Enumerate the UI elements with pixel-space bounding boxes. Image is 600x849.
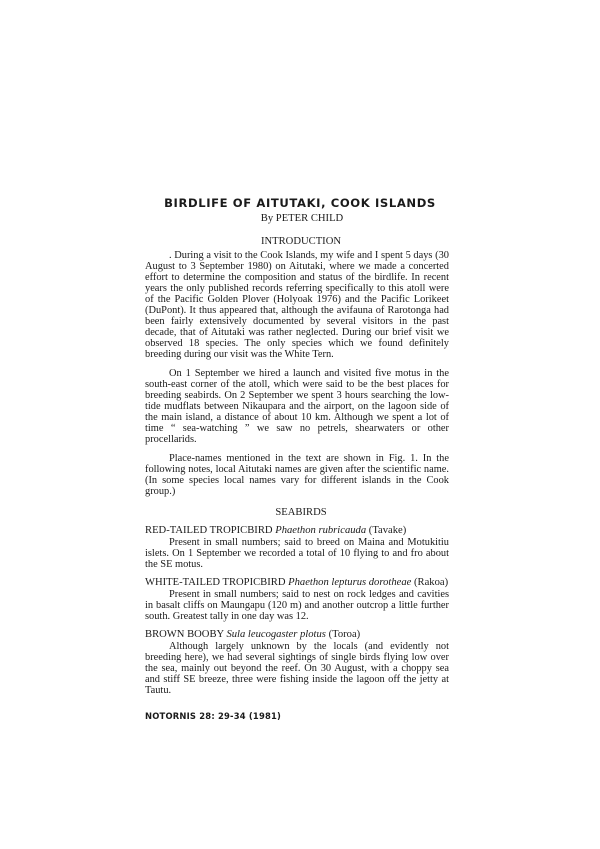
article-byline: By PETER CHILD — [155, 213, 449, 225]
species-text: Present in small numbers; said to breed … — [145, 537, 449, 570]
species-entry: RED-TAILED TROPICBIRD Phaethon rubricaud… — [145, 525, 449, 570]
article-title: BIRDLIFE OF AITUTAKI, COOK ISLANDS — [151, 196, 449, 210]
species-local-name: (Rakoa) — [414, 577, 448, 588]
species-entry: BROWN BOOBY Sula leucogaster plotus (Tor… — [145, 629, 449, 696]
species-common-name: RED-TAILED TROPICBIRD — [145, 525, 273, 536]
species-scientific-name: Phaethon rubricauda — [275, 525, 366, 536]
species-entry: WHITE-TAILED TROPICBIRD Phaethon lepturu… — [145, 577, 449, 622]
species-local-name: (Toroa) — [329, 629, 361, 640]
species-text: Present in small numbers; said to nest o… — [145, 589, 449, 622]
intro-paragraph-2: On 1 September we hired a launch and vis… — [145, 368, 449, 445]
species-local-name: (Tavake) — [369, 525, 407, 536]
species-scientific-name: Sula leucogaster plotus — [226, 629, 325, 640]
intro-paragraph-1: . During a visit to the Cook Islands, my… — [145, 250, 449, 360]
species-heading: WHITE-TAILED TROPICBIRD Phaethon lepturu… — [145, 577, 449, 589]
species-common-name: WHITE-TAILED TROPICBIRD — [145, 577, 285, 588]
species-heading: BROWN BOOBY Sula leucogaster plotus (Tor… — [145, 629, 449, 641]
intro-paragraph-3: Place-names mentioned in the text are sh… — [145, 453, 449, 497]
article-page: BIRDLIFE OF AITUTAKI, COOK ISLANDS By PE… — [145, 196, 449, 722]
introduction-heading: INTRODUCTION — [153, 236, 449, 248]
species-scientific-name: Phaethon lepturus dorotheae — [288, 577, 411, 588]
species-heading: RED-TAILED TROPICBIRD Phaethon rubricaud… — [145, 525, 449, 537]
species-list: RED-TAILED TROPICBIRD Phaethon rubricaud… — [145, 525, 449, 696]
seabirds-heading: SEABIRDS — [153, 507, 449, 519]
species-common-name: BROWN BOOBY — [145, 629, 224, 640]
journal-citation: NOTORNIS 28: 29-34 (1981) — [145, 711, 449, 722]
species-text: Although largely unknown by the locals (… — [145, 641, 449, 696]
